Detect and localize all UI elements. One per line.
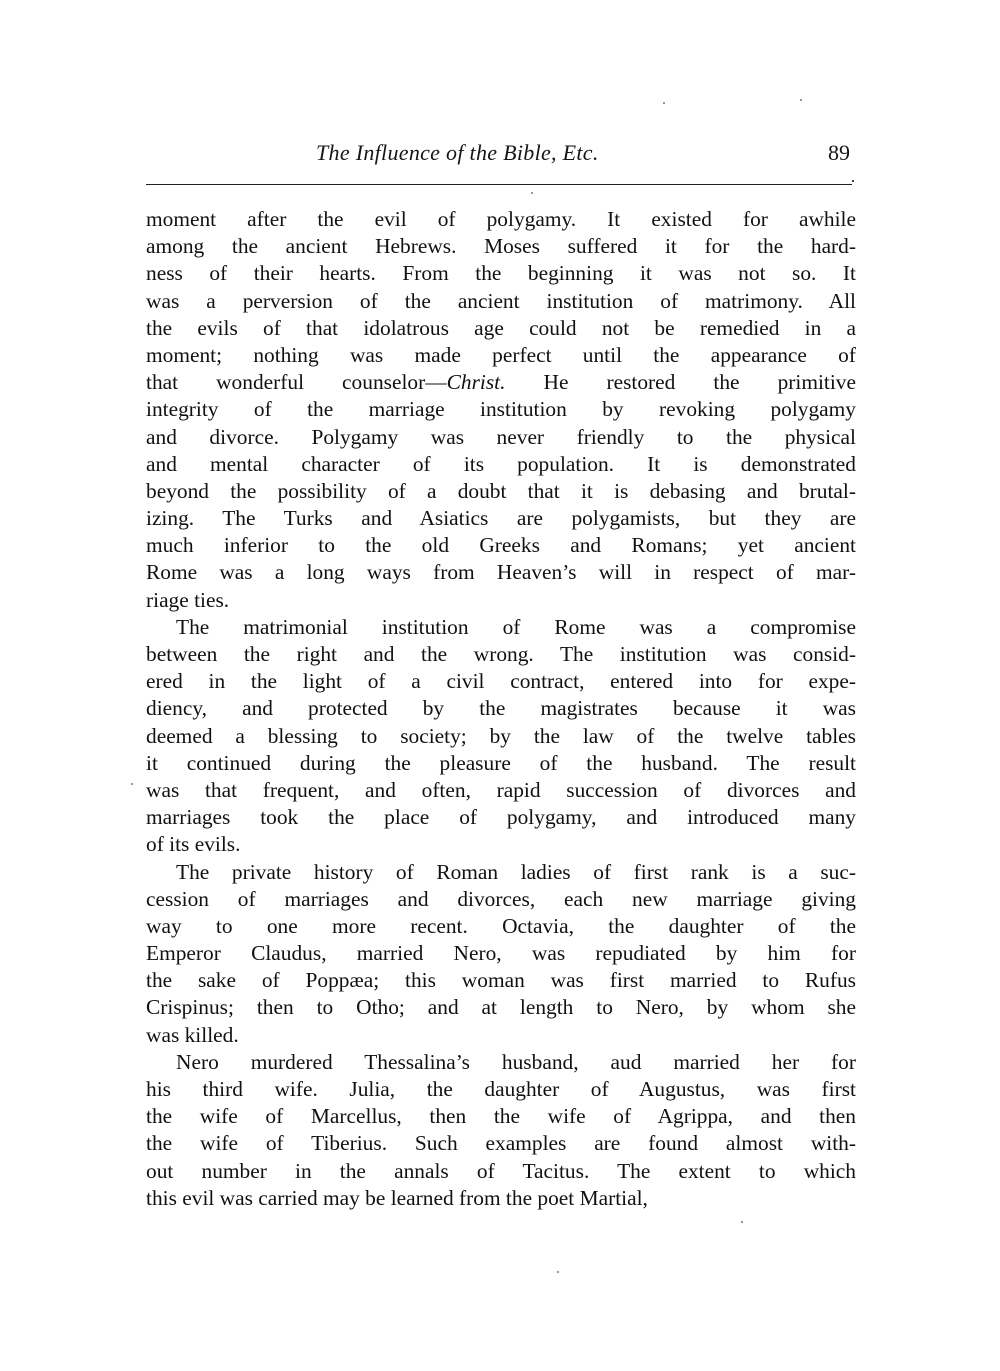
text-line: out number in the annals of Tacitus. The… xyxy=(146,1158,856,1185)
scan-speck xyxy=(557,1271,559,1273)
header-rule xyxy=(146,184,852,185)
paragraph: moment after the evil of polygamy. It ex… xyxy=(146,206,856,614)
page-number: 89 xyxy=(828,140,850,166)
paragraph: Nero murdered Thessalina’s husband, aud … xyxy=(146,1049,856,1212)
text-line: his third wife. Julia, the daughter of A… xyxy=(146,1076,856,1103)
text-run: that wonderful counselor— xyxy=(146,370,447,394)
text-line: The private history of Roman ladies of f… xyxy=(146,859,856,886)
text-line: ered in the light of a civil contract, e… xyxy=(146,668,856,695)
text-line: Crispinus; then to Otho; and at length t… xyxy=(146,994,856,1021)
text-line: deemed a blessing to society; by the law… xyxy=(146,723,856,750)
text-line: riage ties. xyxy=(146,587,856,614)
text-line: was killed. xyxy=(146,1022,856,1049)
text-line: way to one more recent. Octavia, the dau… xyxy=(146,913,856,940)
book-page: The Influence of the Bible, Etc. 89 mome… xyxy=(0,0,1000,1371)
text-run: He restored the primitive xyxy=(505,370,856,394)
text-line: integrity of the marriage institution by… xyxy=(146,396,856,423)
text-line: moment; nothing was made perfect until t… xyxy=(146,342,856,369)
scan-speck xyxy=(800,99,802,101)
text-line: was a perversion of the ancient institut… xyxy=(146,288,856,315)
text-line: marriages took the place of polygamy, an… xyxy=(146,804,856,831)
scan-speck xyxy=(741,1221,743,1223)
paragraph: The matrimonial institution of Rome was … xyxy=(146,614,856,859)
text-line: the sake of Poppæa; this woman was first… xyxy=(146,967,856,994)
text-line: between the right and the wrong. The ins… xyxy=(146,641,856,668)
text-line: of its evils. xyxy=(146,831,856,858)
text-line: the wife of Tiberius. Such examples are … xyxy=(146,1130,856,1157)
text-line: the wife of Marcellus, then the wife of … xyxy=(146,1103,856,1130)
text-line: it continued during the pleasure of the … xyxy=(146,750,856,777)
text-line: and divorce. Polygamy was never friendly… xyxy=(146,424,856,451)
text-line: izing. The Turks and Asiatics are polyga… xyxy=(146,505,856,532)
paragraph: The private history of Roman ladies of f… xyxy=(146,859,856,1049)
text-line: cession of marriages and divorces, each … xyxy=(146,886,856,913)
text-line: and mental character of its population. … xyxy=(146,451,856,478)
running-head: The Influence of the Bible, Etc. 89 xyxy=(146,140,852,170)
scan-speck xyxy=(131,783,133,785)
text-line: was that frequent, and often, rapid succ… xyxy=(146,777,856,804)
text-line: diency, and protected by the magistrates… xyxy=(146,695,856,722)
text-line: Nero murdered Thessalina’s husband, aud … xyxy=(146,1049,856,1076)
text-line: the evils of that idolatrous age could n… xyxy=(146,315,856,342)
text-line: much inferior to the old Greeks and Roma… xyxy=(146,532,856,559)
text-line: beyond the possibility of a doubt that i… xyxy=(146,478,856,505)
text-line: The matrimonial institution of Rome was … xyxy=(146,614,856,641)
text-line: moment after the evil of polygamy. It ex… xyxy=(146,206,856,233)
text-line: Rome was a long ways from Heaven’s will … xyxy=(146,559,856,586)
italic-emphasis: Christ. xyxy=(447,370,506,394)
text-line: that wonderful counselor—Christ. He rest… xyxy=(146,369,856,396)
body-text: moment after the evil of polygamy. It ex… xyxy=(146,206,856,1212)
running-title: The Influence of the Bible, Etc. xyxy=(316,140,599,166)
scan-speck xyxy=(531,192,533,194)
text-line: this evil was carried may be learned fro… xyxy=(146,1185,856,1212)
text-line: ness of their hearts. From the beginning… xyxy=(146,260,856,287)
rule-end-mark xyxy=(852,180,854,182)
text-line: Emperor Claudus, married Nero, was repud… xyxy=(146,940,856,967)
scan-speck xyxy=(663,102,665,104)
text-line: among the ancient Hebrews. Moses suffere… xyxy=(146,233,856,260)
